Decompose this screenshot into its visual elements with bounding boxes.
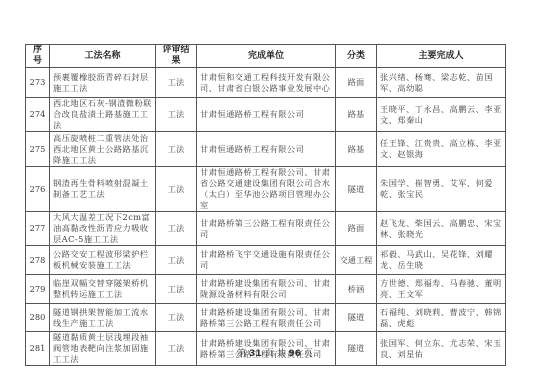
completion-unit: 甘肃恒通路桥工程有限公司 bbox=[197, 98, 336, 132]
review-result: 工法 bbox=[156, 132, 197, 167]
table-header-row: 序号 工法名称 评审结果 完成单位 分类 主要完成人 bbox=[26, 45, 506, 68]
category: 路基 bbox=[336, 132, 377, 167]
main-people: 祁毅、马武山、吴花锋、刘耀龙、岳生晓 bbox=[377, 246, 506, 275]
category: 路面 bbox=[336, 68, 377, 98]
footer-suffix: 页 bbox=[304, 349, 313, 359]
row-number: 280 bbox=[26, 304, 50, 332]
completion-unit: 甘肃路桥建设集团有限公司、甘肃陇源设备材料有限公司 bbox=[197, 275, 336, 304]
review-result: 工法 bbox=[156, 304, 197, 332]
completion-unit: 甘肃恒和交通工程科技开发有限公司、甘肃省白银公路事业发展中心 bbox=[197, 68, 336, 98]
main-people: 赵飞龙、柴国云、高鹏忠、宋宝林、张晓光 bbox=[377, 212, 506, 246]
review-result: 工法 bbox=[156, 68, 197, 98]
completion-unit: 甘肃恒通路桥工程有限公司 bbox=[197, 132, 336, 167]
table-row: 275高压旋喷桩二重管法处治西北地区黄土公路路基沉降施工工法工法甘肃恒通路桥工程… bbox=[26, 132, 506, 167]
header-main-people: 主要完成人 bbox=[377, 45, 506, 68]
review-result: 工法 bbox=[156, 98, 197, 132]
method-name: 高压旋喷桩二重管法处治西北地区黄土公路路基沉降施工工法 bbox=[50, 132, 156, 167]
category: 隧道 bbox=[336, 167, 377, 212]
main-people: 石福纯、刘晓莉、曹波宁、韩锦磊、虎彪 bbox=[377, 304, 506, 332]
method-name: 隧道钢拱架智能加工流水线生产施工工法 bbox=[50, 304, 156, 332]
footer-prefix: 第 bbox=[237, 349, 246, 359]
document-page: 序号 工法名称 评审结果 完成单位 分类 主要完成人 273预裹覆橡胶沥青碎石封… bbox=[0, 0, 550, 389]
table-row: 279临崖双幅交替穿隧架桥机整机转运施工工法工法甘肃路桥建设集团有限公司、甘肃陇… bbox=[26, 275, 506, 304]
table-row: 277大风大温差工况下2cm富油高黏改性沥青应力吸收层AC-5施工工法工法甘肃路… bbox=[26, 212, 506, 246]
table-row: 278公路交安工程波形梁护栏板机械安装施工工法工法甘肃路桥飞宇交通设施有限责任公… bbox=[26, 246, 506, 275]
page-footer: 第 31 页 共 96 页 bbox=[0, 346, 550, 359]
category: 路基 bbox=[336, 98, 377, 132]
table-row: 280隧道钢拱架智能加工流水线生产施工工法工法甘肃路桥建设集团有限公司、甘肃路桥… bbox=[26, 304, 506, 332]
table-body: 273预裹覆橡胶沥青碎石封层施工工法工法甘肃恒和交通工程科技开发有限公司、甘肃省… bbox=[26, 68, 506, 366]
method-name: 预裹覆橡胶沥青碎石封层施工工法 bbox=[50, 68, 156, 98]
footer-middle: 页 共 bbox=[265, 349, 286, 359]
row-number: 279 bbox=[26, 275, 50, 304]
method-name: 西北地区石灰-钢渣微粉联合改良盐渍土路基施工工法 bbox=[50, 98, 156, 132]
review-result: 工法 bbox=[156, 212, 197, 246]
table-row: 274西北地区石灰-钢渣微粉联合改良盐渍土路基施工工法工法甘肃恒通路桥工程有限公… bbox=[26, 98, 506, 132]
main-people: 朱国学、崔智勇、艾军、何爱乾、张宝民 bbox=[377, 167, 506, 212]
category: 桥涵 bbox=[336, 275, 377, 304]
main-people: 张兴绪、杨骞、梁志乾、苗国军、高幼聪 bbox=[377, 68, 506, 98]
completion-unit: 甘肃路桥第三公路工程有限责任公司 bbox=[197, 212, 336, 246]
table-row: 276钢渣再生骨料喷射混凝土制备工艺工法工法甘肃恒通路桥工程有限公司、甘肃省公路… bbox=[26, 167, 506, 212]
method-name: 钢渣再生骨料喷射混凝土制备工艺工法 bbox=[50, 167, 156, 212]
main-people: 任王锋、江贵贵、高立栋、李亚文、赵银海 bbox=[377, 132, 506, 167]
row-number: 274 bbox=[26, 98, 50, 132]
completion-unit: 甘肃路桥建设集团有限公司、甘肃路桥第三公路工程有限责任公司 bbox=[197, 304, 336, 332]
table-row: 273预裹覆橡胶沥青碎石封层施工工法工法甘肃恒和交通工程科技开发有限公司、甘肃省… bbox=[26, 68, 506, 98]
row-number: 275 bbox=[26, 132, 50, 167]
review-result: 工法 bbox=[156, 275, 197, 304]
category: 路面 bbox=[336, 212, 377, 246]
review-result: 工法 bbox=[156, 167, 197, 212]
completion-unit: 甘肃恒通路桥工程有限公司、甘肃省公路交通建设集团有限公司合水（太白）至华池公路项… bbox=[197, 167, 336, 212]
row-number: 278 bbox=[26, 246, 50, 275]
footer-page-number: 31 bbox=[249, 349, 262, 359]
method-name: 公路交安工程波形梁护栏板机械安装施工工法 bbox=[50, 246, 156, 275]
row-number: 273 bbox=[26, 68, 50, 98]
review-result: 工法 bbox=[156, 246, 197, 275]
header-method-name: 工法名称 bbox=[50, 45, 156, 68]
main-people: 方世德、郑福寿、马春驰、董明亮、王文军 bbox=[377, 275, 506, 304]
award-table: 序号 工法名称 评审结果 完成单位 分类 主要完成人 273预裹覆橡胶沥青碎石封… bbox=[25, 44, 506, 366]
footer-total-pages: 96 bbox=[288, 349, 301, 359]
header-review-result: 评审结果 bbox=[156, 45, 197, 68]
header-category: 分类 bbox=[336, 45, 377, 68]
header-no: 序号 bbox=[26, 45, 50, 68]
main-people: 王晓平、丁永昌、高鹏云、李亚文、郑秦山 bbox=[377, 98, 506, 132]
header-completion-unit: 完成单位 bbox=[197, 45, 336, 68]
row-number: 276 bbox=[26, 167, 50, 212]
method-name: 临崖双幅交替穿隧架桥机整机转运施工工法 bbox=[50, 275, 156, 304]
completion-unit: 甘肃路桥飞宇交通设施有限责任公司 bbox=[197, 246, 336, 275]
method-name: 大风大温差工况下2cm富油高黏改性沥青应力吸收层AC-5施工工法 bbox=[50, 212, 156, 246]
category: 交通工程 bbox=[336, 246, 377, 275]
category: 隧道 bbox=[336, 304, 377, 332]
row-number: 277 bbox=[26, 212, 50, 246]
